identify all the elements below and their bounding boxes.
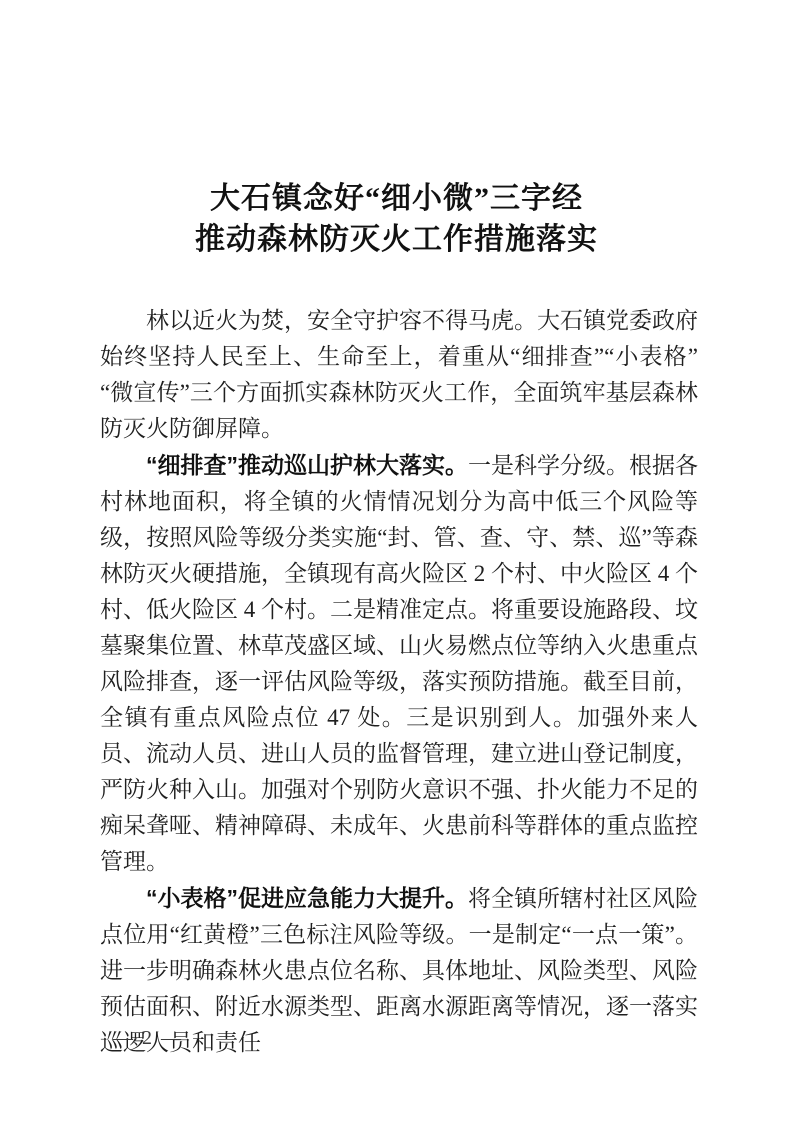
page-number: — 2 — — [113, 1027, 183, 1050]
document-body: 林以近火为焚，安全守护容不得马虎。大石镇党委政府始终坚持人民至上、生命至上，着重… — [100, 302, 698, 1061]
paragraph-3-lead: “小表格”促进应急能力大提升。 — [146, 885, 468, 911]
title-line-1: 大石镇念好“细小微”三字经 — [0, 178, 793, 219]
paragraph-2-lead: “细排查”推动巡山护林大落实。 — [146, 452, 468, 478]
document-title: 大石镇念好“细小微”三字经 推动森林防灭火工作措施落实 — [0, 178, 793, 260]
title-line-2: 推动森林防灭火工作措施落实 — [0, 219, 793, 260]
paragraph-1-text: 林以近火为焚，安全守护容不得马虎。大石镇党委政府始终坚持人民至上、生命至上，着重… — [100, 308, 698, 441]
paragraph-3-text: 将全镇所辖村社区风险点位用“红黄橙”三色标注风险等级。一是制定“一点一策”。进一… — [100, 886, 698, 1055]
body-paragraph-xipaicha: “细排查”推动巡山护林大落实。一是科学分级。根据各村林地面积，将全镇的火情情况划… — [100, 447, 698, 880]
paragraph-2-text: 一是科学分级。根据各村林地面积，将全镇的火情情况划分为高中低三个风险等级，按照风… — [100, 453, 698, 874]
document-page: 大石镇念好“细小微”三字经 推动森林防灭火工作措施落实 林以近火为焚，安全守护容… — [0, 0, 793, 1122]
body-paragraph-xiaobiaoge: “小表格”促进应急能力大提升。将全镇所辖村社区风险点位用“红黄橙”三色标注风险等… — [100, 880, 698, 1061]
body-paragraph-intro: 林以近火为焚，安全守护容不得马虎。大石镇党委政府始终坚持人民至上、生命至上，着重… — [100, 302, 698, 447]
